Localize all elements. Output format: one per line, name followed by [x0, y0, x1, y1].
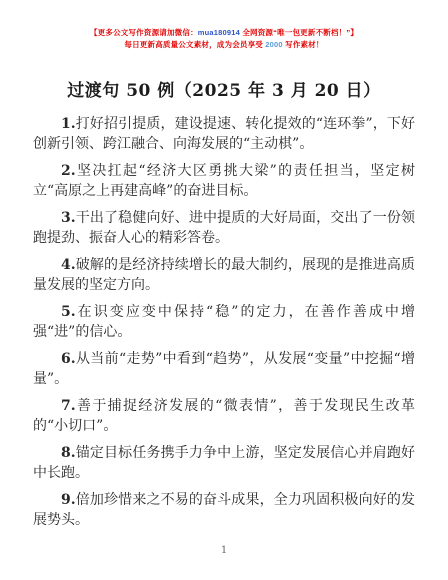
paragraph-number: 3.: [61, 210, 76, 226]
promo-notice-line-2: 每日更新高质量公文素材，成为会员享受 2000 写作素材！: [0, 39, 448, 51]
paragraph-text: 破解的是经济持续增长的最大制约，展现的是推进高质量发展的坚定方向。: [33, 257, 415, 293]
paragraph-list: 1.打好招引提质，建设提速、转化提效的“连环拳”，下好创新引领、跨江融合、向海发…: [33, 114, 415, 530]
paragraph-text: 从当前“走势”中看到“趋势”，从发展“变量”中挖掘“增量”。: [33, 351, 415, 387]
paragraph-text: 在识变应变中保持“稳”的定力，在善作善成中增强“进”的信心。: [33, 304, 415, 340]
paragraph-text: 干出了稳健向好、进中提质的大好局面，交出了一份领跑提劲、振奋人心的精彩答卷。: [33, 210, 415, 246]
paragraph-number: 2.: [61, 163, 76, 179]
paragraph-text: 打好招引提质，建设提速、转化提效的“连环拳”，下好创新引领、跨江融合、向海发展的…: [33, 116, 415, 152]
page-number: 1: [0, 545, 448, 556]
paragraph: 6.从当前“走势”中看到“趋势”，从发展“变量”中挖掘“增量”。: [33, 349, 415, 389]
promo-notice-line-1: 【更多公文写作资源请加微信：mua180914 全网资源“唯一包更新不断档！”】: [0, 27, 448, 39]
paragraph-text: 锚定目标任务携手力争中上游，坚定发展信心并肩跑好中长跑。: [33, 445, 415, 481]
promo-line2-prefix: 每日更新高质量公文素材，成为会员享受: [124, 40, 265, 49]
paragraph-number: 9.: [61, 492, 76, 508]
paragraph-number: 8.: [61, 445, 76, 461]
paragraph: 2.坚决扛起“经济大区勇挑大梁”的责任担当，坚定树立“高原之上再建高峰”的奋进目…: [33, 161, 415, 201]
paragraph: 7.善于捕捉经济发展的“微表情”，善于发现民生改革的“小切口”。: [33, 396, 415, 436]
paragraph: 5.在识变应变中保持“稳”的定力，在善作善成中增强“进”的信心。: [33, 302, 415, 342]
paragraph: 9.倍加珍惜来之不易的奋斗成果，全力巩固积极向好的发展势头。: [33, 490, 415, 530]
paragraph-text: 倍加珍惜来之不易的奋斗成果，全力巩固积极向好的发展势头。: [33, 492, 415, 528]
paragraph-text: 坚决扛起“经济大区勇挑大梁”的责任担当，坚定树立“高原之上再建高峰”的奋进目标。: [33, 163, 415, 199]
promo-line1-prefix: 【更多公文写作资源请加微信：: [90, 28, 198, 37]
page-title: 过渡句 50 例（2025 年 3 月 20 日）: [0, 81, 448, 101]
paragraph: 1.打好招引提质，建设提速、转化提效的“连环拳”，下好创新引领、跨江融合、向海发…: [33, 114, 415, 154]
paragraph: 3.干出了稳健向好、进中提质的大好局面，交出了一份领跑提劲、振奋人心的精彩答卷。: [33, 208, 415, 248]
material-count: 2000: [265, 40, 283, 49]
paragraph-number: 6.: [61, 351, 76, 367]
paragraph: 8.锚定目标任务携手力争中上游，坚定发展信心并肩跑好中长跑。: [33, 443, 415, 483]
promo-notice: 【更多公文写作资源请加微信：mua180914 全网资源“唯一包更新不断档！”】…: [0, 0, 448, 51]
paragraph-number: 5.: [61, 304, 76, 320]
paragraph-number: 4.: [61, 257, 76, 273]
paragraph-number: 7.: [61, 398, 76, 414]
document-page: 【更多公文写作资源请加微信：mua180914 全网资源“唯一包更新不断档！”】…: [0, 0, 448, 580]
paragraph-number: 1.: [61, 116, 76, 132]
paragraph: 4.破解的是经济持续增长的最大制约，展现的是推进高质量发展的坚定方向。: [33, 255, 415, 295]
promo-line1-suffix: 全网资源“唯一包更新不断档！”】: [240, 28, 358, 37]
wechat-id: mua180914: [198, 28, 240, 37]
paragraph-text: 善于捕捉经济发展的“微表情”，善于发现民生改革的“小切口”。: [33, 398, 415, 434]
promo-line2-suffix: 写作素材！: [283, 40, 324, 49]
